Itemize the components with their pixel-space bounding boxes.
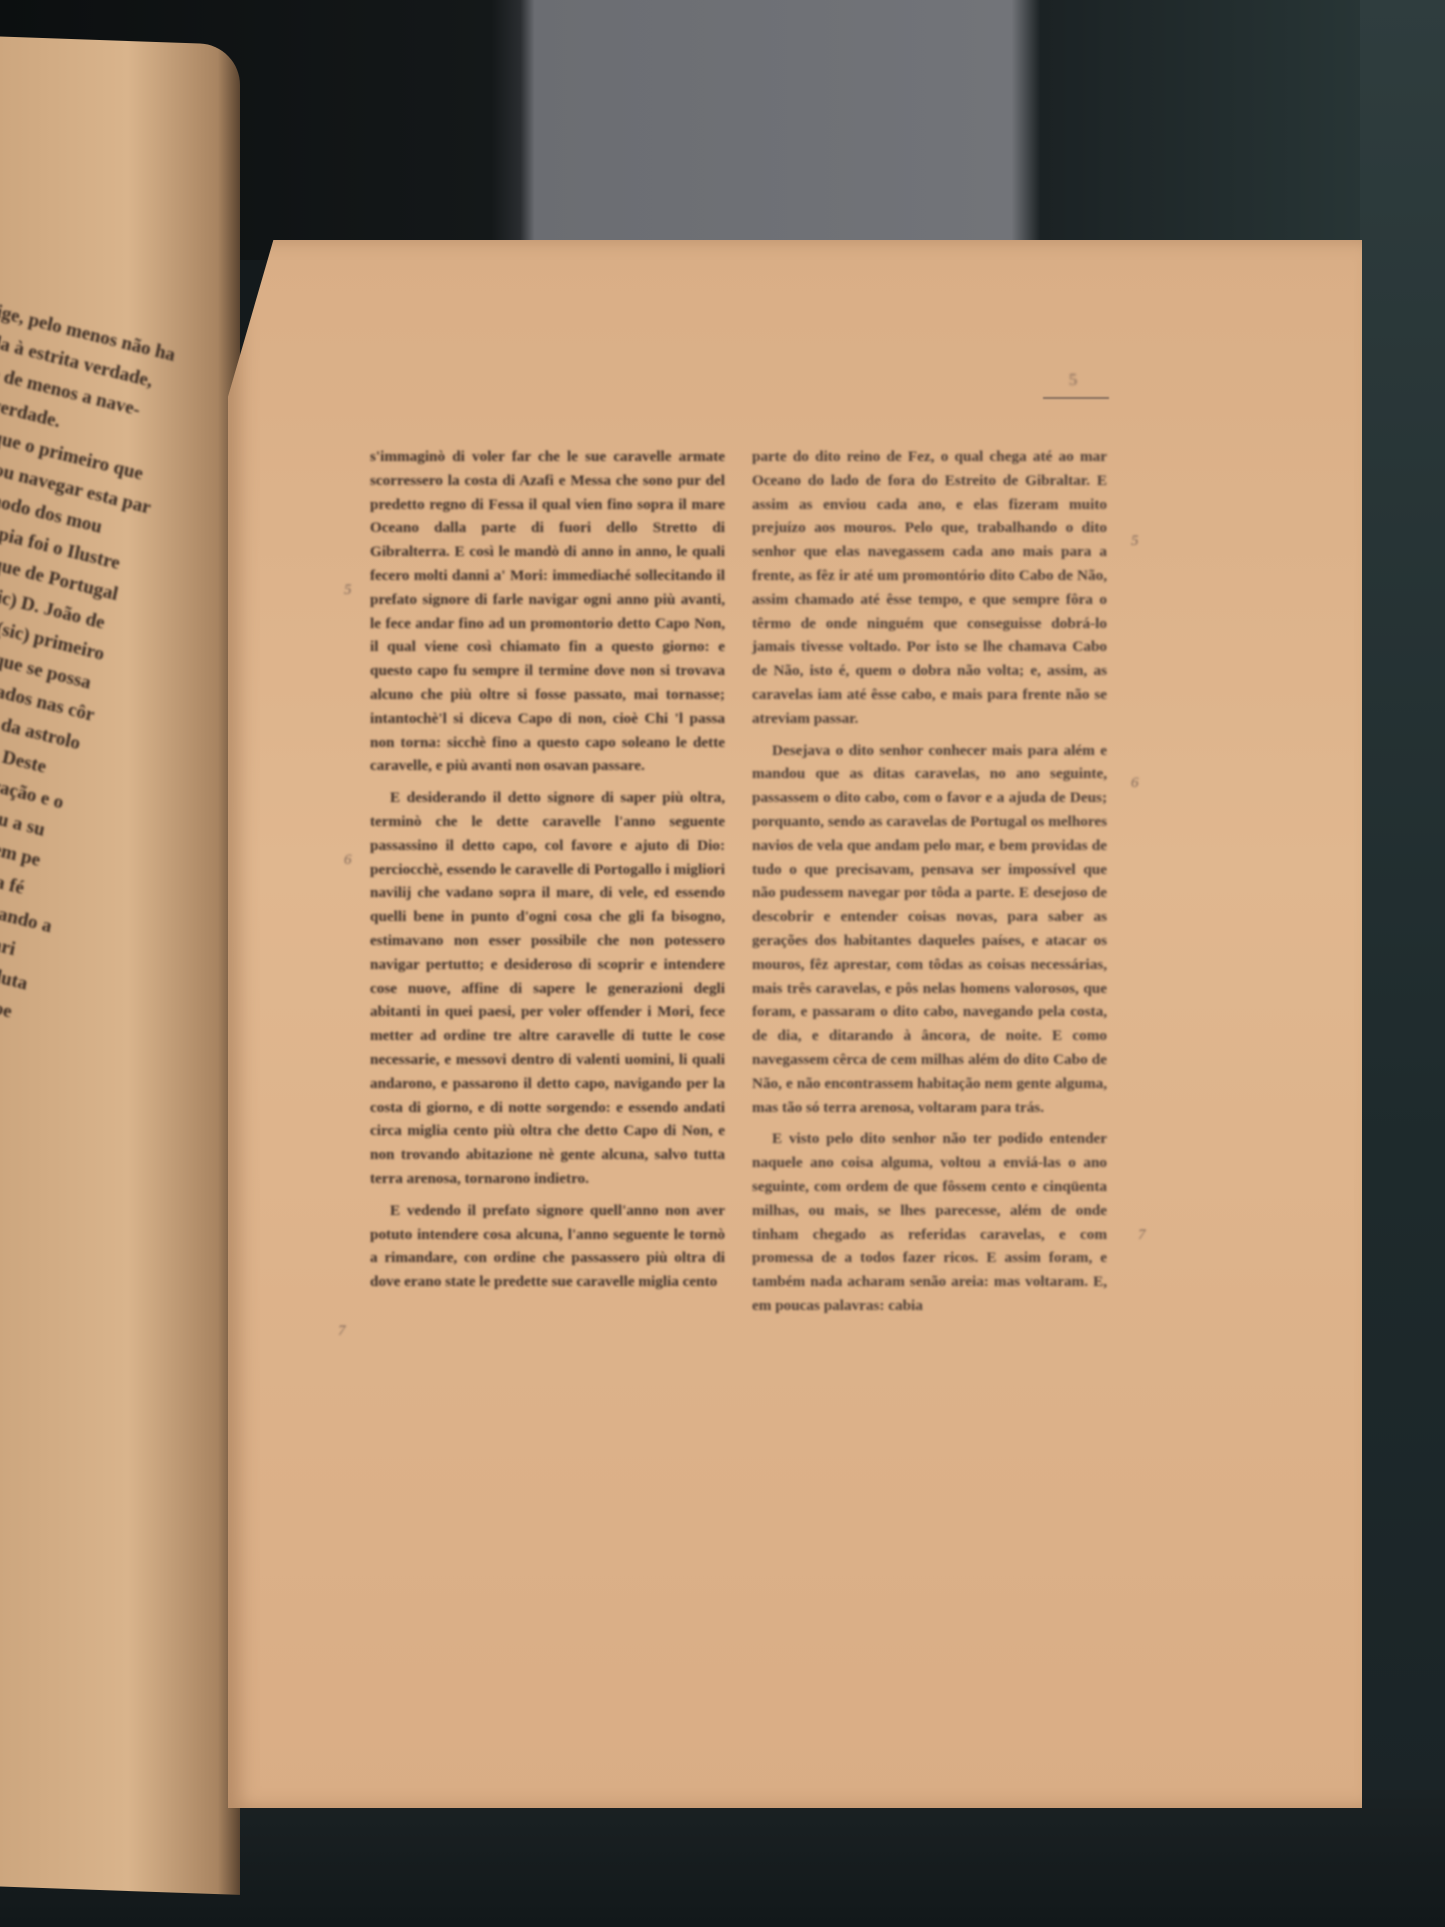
paragraph: E desiderando il detto signore di saper …: [370, 786, 725, 1191]
margin-number: 5: [1131, 533, 1139, 550]
margin-number: 7: [338, 1323, 346, 1340]
background-right: [1360, 0, 1445, 1927]
page-number-rule: [1043, 397, 1109, 399]
margin-number: 6: [1131, 775, 1139, 792]
portuguese-text-column: parte do dito reino de Fez, o qual chega…: [752, 445, 1107, 1326]
left-page: ige, pelo menos não ha da à estrita verd…: [0, 35, 240, 1895]
italian-text-column: s'immaginò di voler far che le sue carav…: [370, 445, 725, 1302]
paragraph: E visto pelo dito senhor não ter podido …: [752, 1127, 1107, 1317]
margin-number: 6: [344, 852, 352, 869]
paragraph: E vedendo il prefato signore quell'anno …: [370, 1199, 725, 1294]
paragraph: s'immaginò di voler far che le sue carav…: [370, 445, 725, 778]
left-page-text: ige, pelo menos não ha da à estrita verd…: [0, 297, 235, 1679]
margin-number: 7: [1138, 1227, 1146, 1244]
page-number: 5: [1043, 370, 1103, 390]
margin-number: 5: [344, 582, 352, 599]
paragraph: Desejava o dito senhor conhecer mais par…: [752, 739, 1107, 1120]
paragraph: parte do dito reino de Fez, o qual chega…: [752, 445, 1107, 731]
